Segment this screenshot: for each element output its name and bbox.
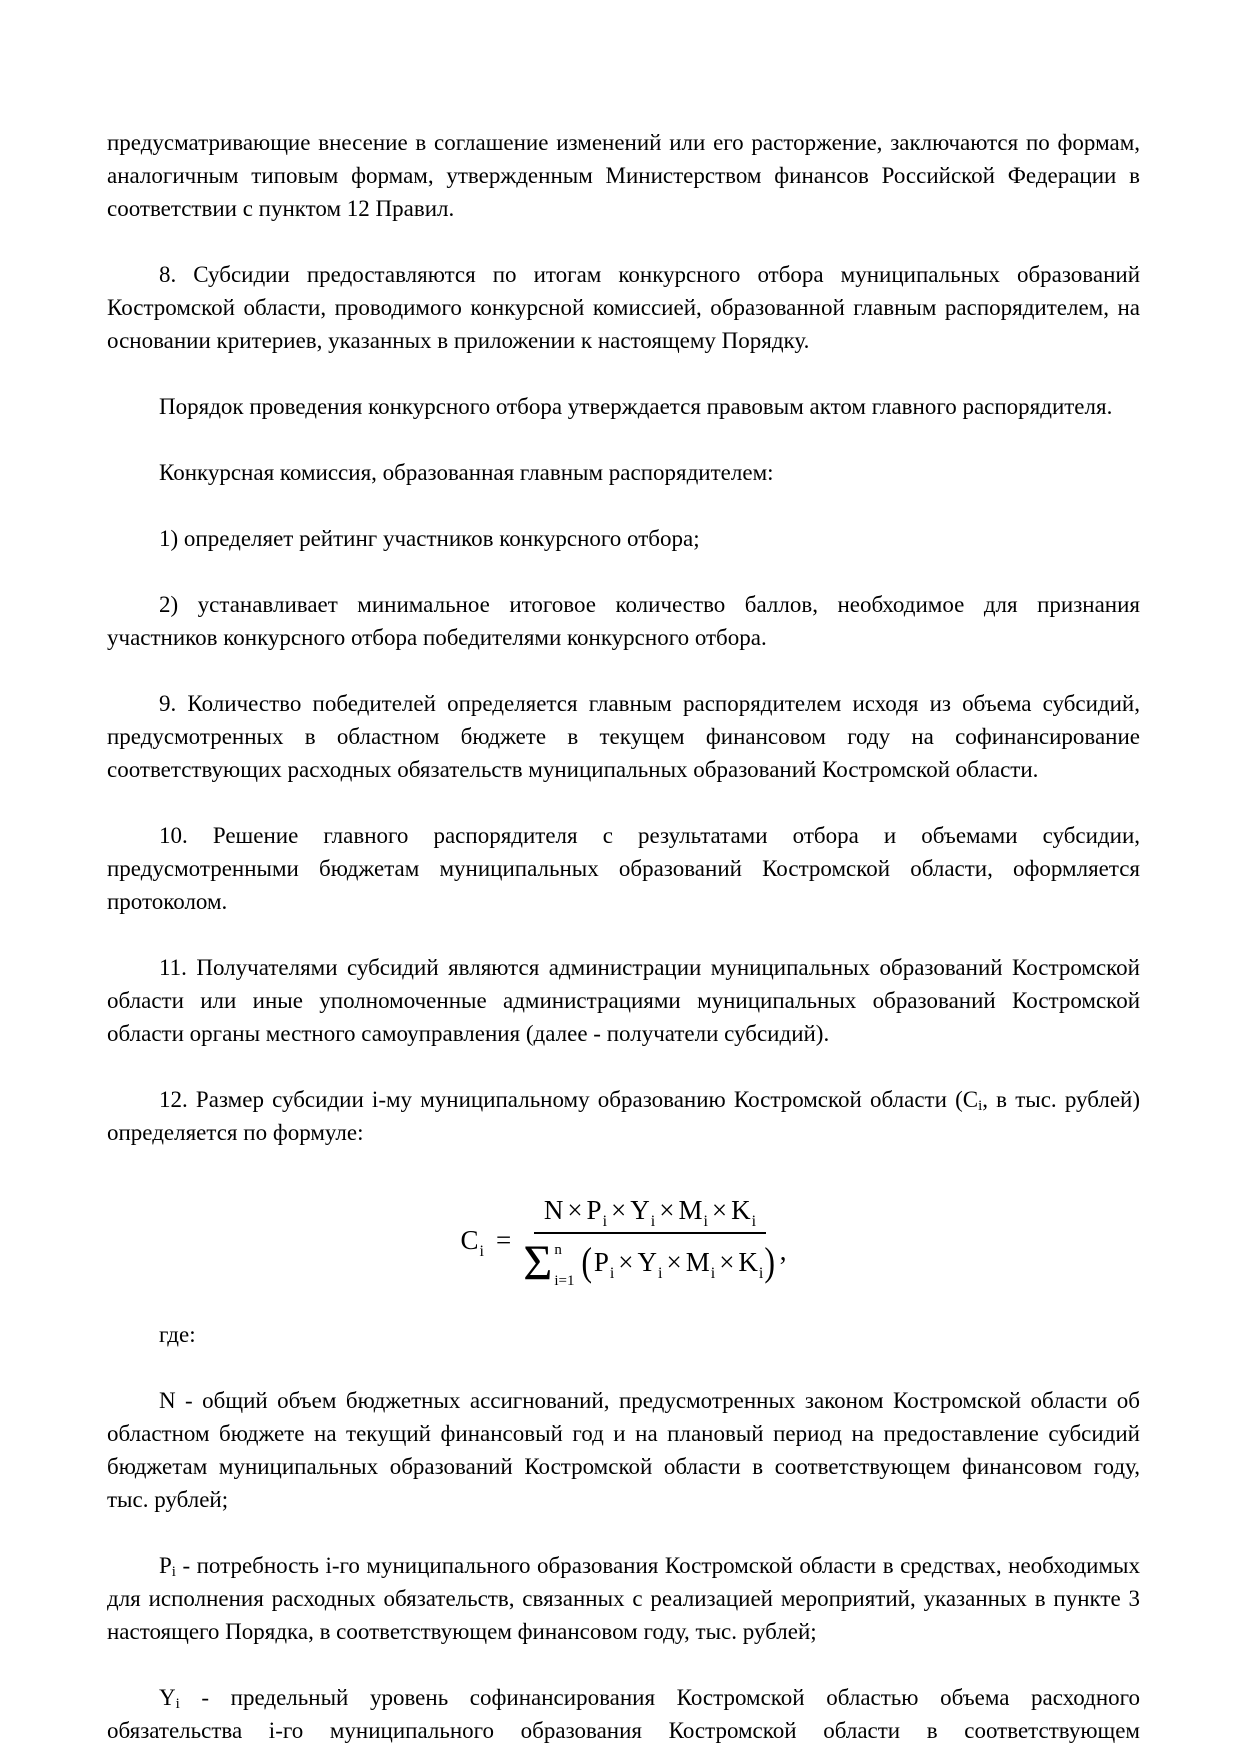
times-sign: ×: [666, 1249, 681, 1276]
paragraph-def-y-text: - предельный уровень софинансирования Ко…: [107, 1685, 1140, 1743]
fraction-numerator: N×Pi×Yi×Mi×Ki: [534, 1195, 766, 1234]
paragraph-continuation: предусматривающие внесение в соглашение …: [107, 126, 1140, 225]
paragraph-subitem-1: 1) определяет рейтинг участников конкурс…: [107, 522, 1140, 555]
paragraph-commission: Конкурсная комиссия, образованная главны…: [107, 456, 1140, 489]
paragraph-item-10: 10. Решение главного распорядителя с рез…: [107, 819, 1140, 918]
times-sign: ×: [712, 1197, 727, 1224]
equals-sign: =: [496, 1227, 511, 1254]
document-page: предусматривающие внесение в соглашение …: [0, 0, 1240, 1754]
subscript-i: i: [978, 1098, 982, 1114]
numerator-term-m: M: [678, 1197, 702, 1224]
subsidy-formula: Ci = N×Pi×Yi×Mi×Ki Σ ni=1 ( Pi×Yi×Mi×Ki …: [461, 1195, 787, 1285]
paragraph-def-y-base: Y: [159, 1685, 176, 1710]
paragraph-def-p-base: P: [159, 1553, 172, 1578]
paragraph-item-12-text: 12. Размер субсидии i-му муниципальному …: [159, 1087, 978, 1112]
open-paren: (: [582, 1246, 593, 1278]
times-sign: ×: [611, 1197, 626, 1224]
times-sign: ×: [567, 1197, 582, 1224]
denominator-term-k: K: [738, 1249, 758, 1276]
paragraph-item-9: 9. Количество победителей определяется г…: [107, 687, 1140, 786]
paragraph-selection-order: Порядок проведения конкурсного отбора ут…: [107, 390, 1140, 423]
paragraph-def-n: N - общий объем бюджетных ассигнований, …: [107, 1384, 1140, 1516]
formula-lhs-base: C: [461, 1227, 479, 1254]
paragraph-def-p-text: - потребность i-го муниципального образо…: [107, 1553, 1140, 1644]
paragraph-def-p: Pi - потребность i-го муниципального обр…: [107, 1549, 1140, 1648]
formula-lhs: Ci: [461, 1227, 484, 1254]
denominator-term-m: M: [686, 1249, 710, 1276]
fraction-denominator: Σ ni=1 ( Pi×Yi×Mi×Ki ): [523, 1234, 776, 1285]
subscript-i: i: [176, 1696, 180, 1712]
sum-lower-limit: i=1: [554, 1274, 574, 1289]
sum-limits: ni=1: [554, 1243, 574, 1289]
times-sign: ×: [719, 1249, 734, 1276]
formula-trailing-comma: ,: [780, 1238, 787, 1265]
paragraph-item-8: 8. Субсидии предоставляются по итогам ко…: [107, 258, 1140, 357]
paragraph-subitem-2: 2) устанавливает минимальное итоговое ко…: [107, 588, 1140, 654]
paragraph-where: где:: [107, 1318, 1140, 1351]
paragraph-item-11: 11. Получателями субсидий являются админ…: [107, 951, 1140, 1050]
times-sign: ×: [659, 1197, 674, 1224]
sum-symbol: Σ: [523, 1241, 552, 1284]
subscript-i: i: [172, 1564, 176, 1580]
numerator-term-k: K: [731, 1197, 751, 1224]
numerator-term-p: P: [587, 1197, 602, 1224]
numerator-n: N: [544, 1197, 564, 1224]
times-sign: ×: [618, 1249, 633, 1276]
formula-block: Ci = N×Pi×Yi×Mi×Ki Σ ni=1 ( Pi×Yi×Mi×Ki …: [107, 1195, 1140, 1285]
sum-upper-limit: n: [554, 1243, 574, 1258]
fraction: N×Pi×Yi×Mi×Ki Σ ni=1 ( Pi×Yi×Mi×Ki ): [523, 1195, 776, 1285]
paragraph-item-12: 12. Размер субсидии i-му муниципальному …: [107, 1083, 1140, 1149]
numerator-term-y: Y: [630, 1197, 650, 1224]
denominator-term-p: P: [594, 1249, 609, 1276]
close-paren: ): [765, 1246, 776, 1278]
paragraph-def-y: Yi - предельный уровень софинансирования…: [107, 1681, 1140, 1747]
denominator-term-y: Y: [638, 1249, 658, 1276]
denominator-terms: Pi×Yi×Mi×Ki: [594, 1249, 764, 1276]
